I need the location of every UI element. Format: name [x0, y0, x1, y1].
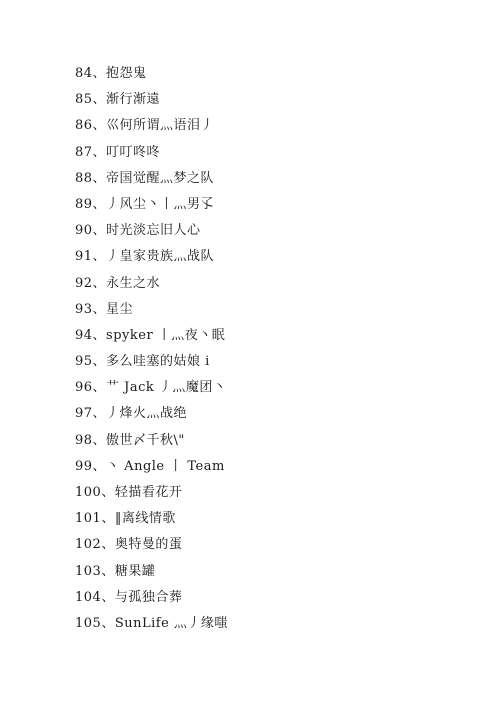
item-number: 93、: [75, 302, 106, 317]
item-text: SunLife 灬丿缘嗤: [115, 616, 228, 631]
list-item: 89、丿风尘丶丨灬男孓: [75, 194, 228, 220]
item-number: 105、: [75, 616, 115, 631]
item-number: 98、: [75, 433, 106, 448]
list-item: 87、叮叮咚咚: [75, 142, 228, 168]
item-number: 84、: [75, 66, 106, 81]
item-text: 帝国觉醒灬梦之队: [106, 171, 214, 186]
list-item: 84、抱怨鬼: [75, 63, 228, 89]
item-text: spyker 丨灬夜丶眠: [106, 328, 225, 343]
item-text: 糖果罐: [115, 564, 156, 579]
item-number: 100、: [75, 485, 115, 500]
item-text: ‖离线情歌: [115, 511, 176, 526]
item-number: 86、: [75, 118, 106, 133]
list-item: 103、糖果罐: [75, 561, 228, 587]
item-number: 91、: [75, 249, 106, 264]
item-text: 抱怨鬼: [106, 66, 147, 81]
item-text: 与孤独合葬: [115, 590, 183, 605]
list-item: 99、丶 Angle 丨 Team: [75, 456, 228, 482]
item-number: 103、: [75, 564, 115, 579]
item-number: 92、: [75, 276, 106, 291]
list-item: 97、丿烽火灬战绝: [75, 403, 228, 429]
name-list: 84、抱怨鬼 85、渐行渐遠 86、巛何所谓灬语泪丿 87、叮叮咚咚 88、帝国…: [75, 63, 228, 639]
item-number: 89、: [75, 197, 106, 212]
list-item: 96、艹 Jack 丿灬魔团丶: [75, 377, 228, 403]
item-number: 101、: [75, 511, 115, 526]
item-text: 丿风尘丶丨灬男孓: [106, 197, 214, 212]
item-number: 102、: [75, 537, 115, 552]
item-text: 艹 Jack 丿灬魔团丶: [106, 380, 226, 395]
list-item: 93、星尘: [75, 299, 228, 325]
list-item: 88、帝国觉醒灬梦之队: [75, 168, 228, 194]
item-text: 星尘: [106, 302, 133, 317]
item-text: 丿烽火灬战绝: [106, 406, 187, 421]
item-text: 轻描看花开: [115, 485, 183, 500]
item-number: 99、: [75, 459, 106, 474]
list-item: 90、时光淡忘旧人心: [75, 220, 228, 246]
item-text: 奥特曼的蛋: [115, 537, 183, 552]
item-text: 永生之水: [106, 276, 160, 291]
list-item: 105、SunLife 灬丿缘嗤: [75, 613, 228, 639]
item-number: 104、: [75, 590, 115, 605]
item-number: 88、: [75, 171, 106, 186]
item-number: 94、: [75, 328, 106, 343]
item-number: 95、: [75, 354, 106, 369]
item-text: 丶 Angle 丨 Team: [106, 459, 225, 474]
item-text: 多么哇塞的姑娘 i: [106, 354, 210, 369]
list-item: 101、‖离线情歌: [75, 508, 228, 534]
document-page: 84、抱怨鬼 85、渐行渐遠 86、巛何所谓灬语泪丿 87、叮叮咚咚 88、帝国…: [0, 0, 500, 708]
list-item: 92、永生之水: [75, 273, 228, 299]
list-item: 100、轻描看花开: [75, 482, 228, 508]
list-item: 104、与孤独合葬: [75, 587, 228, 613]
item-number: 96、: [75, 380, 106, 395]
item-text: 渐行渐遠: [106, 92, 160, 107]
list-item: 94、spyker 丨灬夜丶眠: [75, 325, 228, 351]
item-text: 丿皇家贵族灬战队: [106, 249, 214, 264]
item-text: 时光淡忘旧人心: [106, 223, 201, 238]
item-number: 87、: [75, 145, 106, 160]
item-text: 巛何所谓灬语泪丿: [106, 118, 214, 133]
item-text: 傲世〆千秋\": [106, 433, 185, 448]
item-text: 叮叮咚咚: [106, 145, 160, 160]
item-number: 85、: [75, 92, 106, 107]
list-item: 86、巛何所谓灬语泪丿: [75, 115, 228, 141]
item-number: 97、: [75, 406, 106, 421]
list-item: 98、傲世〆千秋\": [75, 430, 228, 456]
list-item: 85、渐行渐遠: [75, 89, 228, 115]
list-item: 91、丿皇家贵族灬战队: [75, 246, 228, 272]
list-item: 95、多么哇塞的姑娘 i: [75, 351, 228, 377]
list-item: 102、奥特曼的蛋: [75, 534, 228, 560]
item-number: 90、: [75, 223, 106, 238]
